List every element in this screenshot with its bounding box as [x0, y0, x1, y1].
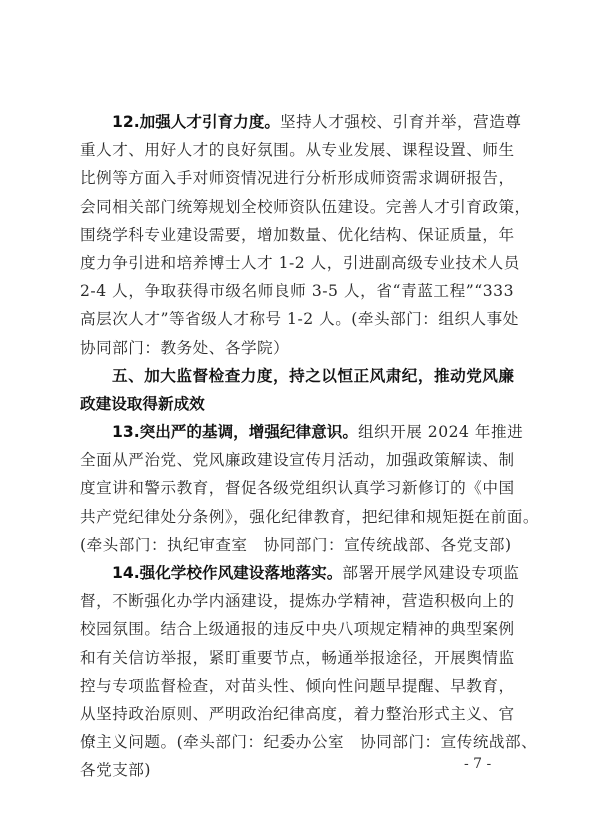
item12-title: 12.加强人才引育力度。 [112, 113, 280, 131]
item14-line: 僚主义问题。(牵头部门：纪委办公室 协同部门：宣传统战部、 [80, 728, 514, 756]
item12-line-1: 12.加强人才引育力度。坚持人才强校、引育并举，营造尊 [80, 108, 514, 136]
item13-line: 度宣讲和警示教育，督促各级党组织认真学习新修订的《中国 [80, 474, 514, 502]
item14-title: 14.强化学校作风建设落地落实。 [112, 564, 342, 582]
item12-line: 度力争引进和培养博士人才 1-2 人，引进副高级专业技术人员 [80, 249, 514, 277]
item13-line: 全面从严治党、党风廉政建设宣传月活动，加强政策解读、制 [80, 446, 514, 474]
item13-title: 13.突出严的基调，增强纪律意识。 [112, 423, 358, 441]
item12-line: 2-4 人，争取获得市级名师良师 3-5 人，省“青蓝工程”“333 [80, 277, 514, 305]
item12-line: 高层次人才”等省级人才称号 1-2 人。(牵头部门：组织人事处 [80, 305, 514, 333]
item12-line: 围绕学科专业建设需要，增加数量、优化结构、保证质量，年 [80, 221, 514, 249]
item12-line: 会同相关部门统筹规划全校师资队伍建设。完善人才引育政策， [80, 193, 514, 221]
section5-heading-cont: 政建设取得新成效 [80, 390, 514, 418]
item13-line: (牵头部门：执纪审查室 协同部门：宣传统战部、各党支部) [80, 531, 514, 559]
item12-line: 比例等方面入手对师资情况进行分析形成师资需求调研报告， [80, 164, 514, 192]
item14-text: 部署开展学风建设专项监 [342, 564, 519, 582]
item13-line: 共产党纪律处分条例》，强化纪律教育，把纪律和规矩挺在前面。 [80, 503, 514, 531]
item14-line: 校园氛围。结合上级通报的违反中央八项规定精神的典型案例 [80, 615, 514, 643]
item14-line: 各党支部) [80, 756, 514, 784]
item12-line: 协同部门：教务处、各学院） [80, 334, 514, 362]
section5-heading: 五、加大监督检查力度，持之以恒正风肃纪，推动党风廉 [80, 362, 514, 390]
item13-text: 组织开展 2024 年推进 [358, 423, 523, 441]
item12-line: 重人才、用好人才的良好氛围。从专业发展、课程设置、师生 [80, 136, 514, 164]
item14-line: 控与专项监督检查，对苗头性、倾向性问题早提醒、早教育， [80, 672, 514, 700]
item12-text: 坚持人才强校、引育并举，营造尊 [280, 113, 521, 131]
document-page: 12.加强人才引育力度。坚持人才强校、引育并举，营造尊 重人才、用好人才的良好氛… [80, 108, 514, 785]
item14-line: 从坚持政治原则、严明政治纪律高度，着力整治形式主义、官 [80, 700, 514, 728]
item14-line: 督，不断强化办学内涵建设，提炼办学精神，营造积极向上的 [80, 587, 514, 615]
item14-line: 和有关信访举报，紧盯重要节点，畅通举报途径，开展舆情监 [80, 644, 514, 672]
item14-line-1: 14.强化学校作风建设落地落实。部署开展学风建设专项监 [80, 559, 514, 587]
item13-line-1: 13.突出严的基调，增强纪律意识。组织开展 2024 年推进 [80, 418, 514, 446]
page-number: - 7 - [464, 756, 491, 772]
